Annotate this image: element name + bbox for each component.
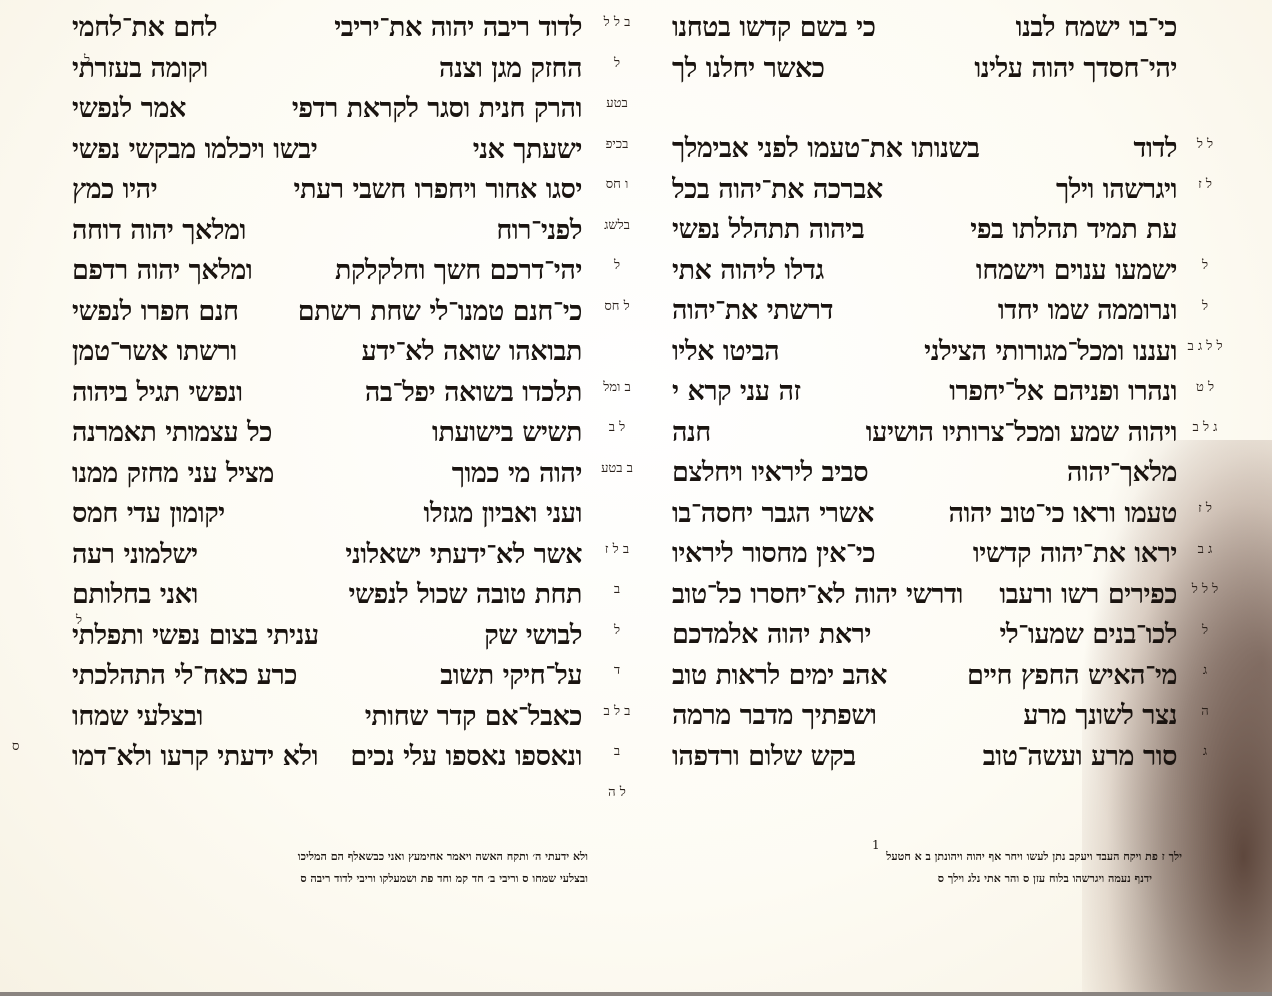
hemistich-second: גדלו ליהוה אתי [672,251,824,292]
hemistich-second: מציל עני מחזק ממנו [72,454,274,495]
text-line: ויגרשהו וילךאברכה את־יהוה בכל [672,170,1177,211]
footnote-line: ידנף נעמה ויגרשהו בלוח עזן ס והר אתי נלג… [662,868,1182,890]
hemistich-second: אשרי הגבר יחסה־בו [672,494,874,535]
hemistich-second: ואני בחלותם [72,575,198,616]
hemistich-second: לחם את־לחמי [72,8,217,49]
text-line: תחת טובה שכול לנפשיואני בחלותם [72,575,582,616]
text-line: ונאספו נאספו עלי נכיםולא ידעתי קרעו ולא־… [72,737,582,778]
masorah-note: בטע [592,89,642,130]
text-line: ישעתך אנייבשו ויכלמו מבקשי נפשי [72,130,582,171]
masorah-note: ד [592,656,642,697]
masorah-note: ב ל ב [592,697,642,738]
hemistich-first: תחת טובה שכול לנפשי [348,575,582,616]
side-note: ל [84,52,90,68]
masorah-note: ל [1185,616,1225,657]
masorah-note [1185,454,1225,495]
masorah-note: ל ל [1185,130,1225,171]
text-line: ישמעו ענוים וישמחוגדלו ליהוה אתי [672,251,1177,292]
text-line: לבושי שקעניתי בצום נפשי ותפלתי [72,616,582,657]
hemistich-first: סור מרע ועשה־טוב [983,737,1177,778]
text-line: לכו־בנים שמעו־לייראת יהוה אלמדכם [672,615,1177,656]
hemistich-second: יבשו ויכלמו מבקשי נפשי [72,130,317,171]
hemistich-second: חנם חפרו לנפשי [72,292,239,333]
footnote-line: ילך ז פת ויקח העבד ויעקב נתן לעשו ויחר א… [662,846,1182,868]
masorah-note: ל ט [1185,373,1225,414]
masorah-note: ב [592,737,642,778]
hemistich-second: אברכה את־יהוה בכל [672,170,883,211]
hemistich-first: נצר לשונך מרע [1023,696,1177,737]
hemistich-first: לדוד ריבה יהוה את־יריבי [334,8,582,49]
hemistich-first: מי־האיש החפץ חיים [967,656,1177,697]
hemistich-second: יהיו כמץ [72,170,157,211]
masorah-note [592,332,642,373]
hemistich-second: כרע כאח־לי התהלכתי [72,656,297,697]
hemistich-second: ישלמוני רעה [72,535,198,576]
masorah-note: ל ל ל [1185,575,1225,616]
masorah-note [1185,89,1225,130]
masorah-note [592,494,642,535]
text-line: כי־חנם טמנו־לי שחת רשתםחנם חפרו לנפשי [72,292,582,333]
masorah-note: ל ה [592,778,642,819]
masorah-note [1185,211,1225,252]
hemistich-first: כי־בו ישמח לבנו [1016,8,1177,49]
hemistich-first: כאבל־אם קדר שחותי [365,697,582,738]
text-line: מלאך־יהוהסביב ליראיו ויחלצם [672,453,1177,494]
masorah-note [1185,8,1225,49]
hemistich-first: כפירים רשו ורעבו [999,575,1177,616]
masorah-note: ג ל ב [1185,413,1225,454]
masorah-note: ל ז [1185,494,1225,535]
text-line: כפירים רשו ורעבוודרשי יהוה לא־יחסרו כל־ט… [672,575,1177,616]
masorah-note: ב ל ז [592,535,642,576]
masorah-note: בכיפ [592,130,642,171]
text-line: והרק חנית וסגר לקראת רדפיאמר לנפשי [72,89,582,130]
text-line: על־חיקי תשובכרע כאח־לי התהלכתי [72,656,582,697]
hemistich-first: החזק מגן וצנה [439,49,582,90]
hemistich-second: וקומה בעזרתי [72,49,208,90]
masorah-note: ל [592,49,642,90]
hemistich-first: יסגו אחור ויחפרו חשבי רעתי [294,170,582,211]
hemistich-first: ויהוה שמע ומכל־צרותיו הושיעו [866,413,1177,454]
side-note: ס [12,738,19,754]
masorah-note: ל [1185,292,1225,333]
masorah-note: ג [1185,656,1225,697]
hemistich-second: ומלאך יהוה דוחה [72,211,246,252]
hemistich-first: תבואהו שואה לא־ידע [362,332,583,373]
masorah-note: ל ז [1185,170,1225,211]
text-line: תלכדו בשואה יפל־בהונפשי תגיל ביהוה [72,373,582,414]
hemistich-second: דרשתי את־יהוה [672,291,833,332]
text-line: ונרוממה שמו יחדודרשתי את־יהוה [672,291,1177,332]
masorah-note: ל [592,251,642,292]
masorah-note: ב ל ל [592,8,642,49]
hemistich-first: יהי־חסדך יהוה עלינו [974,49,1177,90]
text-line: נצר לשונך מרעושפתיך מדבר מרמה [672,696,1177,737]
masorah-note: ל [592,616,642,657]
hemistich-first: והרק חנית וסגר לקראת רדפי [292,89,582,130]
footnote-left: ולא ידעתי ה׳ ותקח האשה ויאמר אחימעץ ואני… [88,846,588,890]
hemistich-second: ומלאך יהוה רדפם [72,251,252,292]
footnote-right: ילך ז פת ויקח העבד ויעקב נתן לעשו ויחר א… [662,846,1182,890]
masorah-note: ב ומל [592,373,642,414]
hemistich-second: ובצלעי שמחו [72,697,203,738]
masorah-note [1185,49,1225,90]
hemistich-first: ונהרו ופניהם אל־יחפרו [949,372,1177,413]
footnote-line: ולא ידעתי ה׳ ותקח האשה ויאמר אחימעץ ואני… [88,846,588,868]
masorah-note: בלשג [592,211,642,252]
hemistich-second: כל עצמותי תאמרנה [72,413,272,454]
masorah-note: ב בטע [592,454,642,495]
masorah-note: ל [1185,251,1225,292]
text-line: ועני ואביון מגזלויקומון עדי חמס [72,494,582,535]
right-text-column: כי־בו ישמח לבנוכי בשם קדשו בטחנויהי־חסדך… [672,8,1177,777]
text-line: ועננו ומכל־מגורותי הצילניהביטו אליו [672,332,1177,373]
masorah-note: ו חס [592,170,642,211]
masorah-note: ל ב [592,413,642,454]
hemistich-second: סביב ליראיו ויחלצם [672,453,868,494]
text-line: תבואהו שואה לא־ידעורשתו אשר־טמן [72,332,582,373]
text-line: מי־האיש החפץ חייםאהב ימים לראות טוב [672,656,1177,697]
hemistich-first: יהי־דרכם חשך וחלקלקת [335,251,582,292]
text-line: כי־בו ישמח לבנוכי בשם קדשו בטחנו [672,8,1177,49]
hemistich-first: ונאספו נאספו עלי נכים [350,737,582,778]
masorah-margin-right: ל לל זללל ל ג בל טג ל בל זג בל ל ללגהג [1185,8,1225,778]
hemistich-first: מלאך־יהוה [1067,453,1177,494]
hemistich-second: ודרשי יהוה לא־יחסרו כל־טוב [672,575,963,616]
hemistich-second: יראת יהוה אלמדכם [672,615,871,656]
text-line: יהוה מי כמוךמציל עני מחזק ממנו [72,454,582,495]
text-line: יסגו אחור ויחפרו חשבי רעתייהיו כמץ [72,170,582,211]
hemistich-first: תלכדו בשואה יפל־בה [365,373,582,414]
hemistich-second: בקש שלום ורדפהו [672,737,856,778]
text-line: יראו את־יהוה קדשיוכי־אין מחסור ליראיו [672,534,1177,575]
hemistich-second: ונפשי תגיל ביהוה [72,373,243,414]
hemistich-second: ביהוה תתהלל נפשי [672,210,864,251]
manuscript-page: כי־בו ישמח לבנוכי בשם קדשו בטחנויהי־חסדך… [0,0,1272,996]
side-note: ל [76,612,82,628]
text-line: כאבל־אם קדר שחותיובצלעי שמחו [72,697,582,738]
hemistich-second: אמר לנפשי [72,89,186,130]
text-line: אשר לא־ידעתי ישאלוניישלמוני רעה [72,535,582,576]
hemistich-second: כאשר יחלנו לך [672,49,824,90]
hemistich-second: ולא ידעתי קרעו ולא־דמו [72,737,318,778]
masorah-note: ל חס [592,292,642,333]
hemistich-second: הביטו אליו [672,332,779,373]
text-line: יהי־דרכם חשך וחלקלקתומלאך יהוה רדפם [72,251,582,292]
hemistich-first: ויגרשהו וילך [1056,170,1177,211]
hemistich-first: לכו־בנים שמעו־לי [999,615,1177,656]
masorah-note: ה [1185,697,1225,738]
hemistich-first: אשר לא־ידעתי ישאלוני [345,535,582,576]
hemistich-first: יהוה מי כמוך [452,454,582,495]
text-line: לדוד ריבה יהוה את־יריבילחם את־לחמי [72,8,582,49]
text-line: עת תמיד תהלתו בפיביהוה תתהלל נפשי [672,210,1177,251]
text-line: החזק מגן וצנהוקומה בעזרתי [72,49,582,90]
text-line: לפני־רוחומלאך יהוה דוחה [72,211,582,252]
text-line: ויהוה שמע ומכל־צרותיו הושיעוחנה [672,413,1177,454]
hemistich-first: ועננו ומכל־מגורותי הצילני [924,332,1177,373]
hemistich-first: ועני ואביון מגזלו [424,494,582,535]
hemistich-first: ישמעו ענוים וישמחו [976,251,1177,292]
masorah-note: ב [592,575,642,616]
page-bottom-edge [0,992,1272,996]
hemistich-first: לדוד [1133,129,1177,170]
hemistich-second: זה עני קרא י [672,372,801,413]
footnote-line: ובצלעי שמחו ס וריבי ב׳ חד קמ וחד פת ושמע… [88,868,588,890]
hemistich-first: יראו את־יהוה קדשיו [973,534,1177,575]
text-line: תשיש בישועתוכל עצמותי תאמרנה [72,413,582,454]
hemistich-first: על־חיקי תשוב [440,656,582,697]
hemistich-second: כי בשם קדשו בטחנו [672,8,875,49]
hemistich-second: כי־אין מחסור ליראיו [672,534,875,575]
text-line: סור מרע ועשה־טובבקש שלום ורדפהו [672,737,1177,778]
hemistich-second: ורשתו אשר־טמן [72,332,237,373]
psalm-break [672,89,1177,129]
hemistich-first: כי־חנם טמנו־לי שחת רשתם [298,292,582,333]
hemistich-second: עניתי בצום נפשי ותפלתי [72,616,319,657]
hemistich-second: חנה [672,413,711,454]
hemistich-first: ישעתך אני [473,130,582,171]
hemistich-second: בשנותו את־טעמו לפני אבימלך [672,129,980,170]
left-text-column: לדוד ריבה יהוה את־יריבילחם את־לחמיהחזק מ… [72,8,582,778]
masorah-margin-middle: ב ל ללבטעבכיפו חסבלשגלל חסב ומלל בב בטעב… [592,8,642,818]
text-line: לדודבשנותו את־טעמו לפני אבימלך [672,129,1177,170]
masorah-note: ג ב [1185,535,1225,576]
hemistich-first: עת תמיד תהלתו בפי [970,210,1177,251]
hemistich-first: לבושי שק [484,616,582,657]
hemistich-second: אהב ימים לראות טוב [672,656,887,697]
hemistich-first: תשיש בישועתו [432,413,582,454]
hemistich-first: טעמו וראו כי־טוב יהוה [948,494,1177,535]
text-line: יהי־חסדך יהוה עלינוכאשר יחלנו לך [672,49,1177,90]
masorah-note: ג [1185,737,1225,778]
hemistich-second: ושפתיך מדבר מרמה [672,696,876,737]
hemistich-second: יקומון עדי חמס [72,494,225,535]
hemistich-first: לפני־רוח [496,211,582,252]
text-line: טעמו וראו כי־טוב יהוהאשרי הגבר יחסה־בו [672,494,1177,535]
text-line: ונהרו ופניהם אל־יחפרוזה עני קרא י [672,372,1177,413]
masorah-note: ל ל ג ב [1185,332,1225,373]
hemistich-first: ונרוממה שמו יחדו [998,291,1177,332]
